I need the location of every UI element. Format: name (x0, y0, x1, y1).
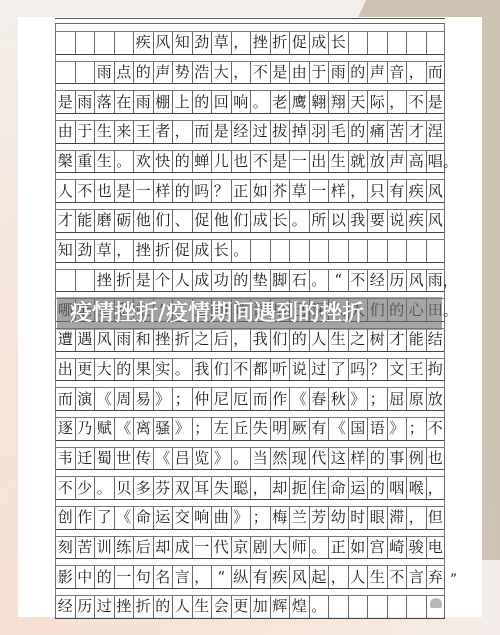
grid-cells: 槃重生。欢快的蝉儿也不是一出生就放声高唱 (55, 151, 445, 174)
grid-cell: ， (426, 477, 446, 499)
grid-cell: 训 (94, 537, 114, 559)
grid-cell: 欢 (133, 151, 153, 173)
grid-cell: 句 (133, 566, 153, 588)
grid-cell: 骏 (406, 537, 426, 559)
grid-cell: 芳 (309, 507, 329, 529)
grid-cell: 而 (250, 388, 270, 410)
grid-cell: 丘 (231, 418, 251, 440)
grid-cell: 不 (348, 270, 368, 292)
grid-cell: 才 (55, 210, 75, 232)
grid-cell: 芥 (270, 180, 290, 202)
grid-cell: 易 (133, 388, 153, 410)
grid-cell: 蝉 (192, 151, 212, 173)
grid-cell (426, 240, 446, 262)
grid-cell: 。 (94, 477, 114, 499)
grid-cell (387, 32, 407, 54)
grid-cell: 生 (328, 151, 348, 173)
grid-cell: 咽 (387, 477, 407, 499)
essay-line: 人不也是一样的吗？正如芥草一样，只有疾风 (55, 172, 445, 202)
grid-cell (406, 32, 426, 54)
grid-cell: 中 (75, 566, 95, 588)
grid-cell: 的 (367, 448, 387, 470)
grid-cell: 苦 (75, 537, 95, 559)
grid-cells: 知劲草，挫折促成长。 (55, 240, 445, 263)
grid-cell: 乃 (75, 418, 95, 440)
grid-cell: 势 (172, 62, 192, 84)
grid-cell: 要 (367, 210, 387, 232)
grid-cells: 逐乃赋《离骚》；左丘失明厥有《国语》；不 (55, 418, 445, 441)
grid-cell: 一 (309, 180, 329, 202)
grid-cell: 剧 (250, 537, 270, 559)
grid-cell: 不 (75, 180, 95, 202)
grid-cell: 雨 (114, 329, 134, 351)
grid-cell (250, 240, 270, 262)
grid-cell: 不 (387, 566, 407, 588)
grid-cell (75, 62, 95, 84)
grid-cell: 来 (114, 121, 134, 143)
grid-cell: 吕 (172, 448, 192, 470)
grid-cell: 生 (192, 596, 212, 618)
grid-cell (55, 62, 75, 84)
grid-cell: 兰 (289, 507, 309, 529)
grid-cell: 屈 (387, 388, 407, 410)
line-spacer (55, 54, 445, 62)
grid-cell: 更 (75, 359, 95, 381)
line-spacer (55, 262, 445, 270)
grid-cell: 有 (250, 566, 270, 588)
grid-cell: 生 (367, 566, 387, 588)
grid-cell: 成 (192, 240, 212, 262)
grid-cell: 赋 (94, 418, 114, 440)
grid-cell: 回 (211, 91, 231, 113)
grid-cell: 所 (309, 210, 329, 232)
grid-cell: 草 (289, 180, 309, 202)
grid-cell: 以 (328, 210, 348, 232)
grid-cell: 双 (172, 477, 192, 499)
grid-cell: 现 (289, 448, 309, 470)
grid-cell: 们 (231, 210, 251, 232)
grid-cell: 的 (114, 359, 134, 381)
line-spacer (55, 232, 445, 240)
grid-cell: 后 (133, 537, 153, 559)
grid-cell (348, 32, 368, 54)
grid-cell: 重 (75, 151, 95, 173)
grid-cell: 人 (172, 596, 192, 618)
grid-cell: 是 (426, 91, 446, 113)
margin-punctuation: ， (443, 271, 457, 291)
grid-cell: 人 (309, 329, 329, 351)
grid-cell: 演 (75, 388, 95, 410)
essay-line: 创作了《命运交响曲》；梅兰芳幼时眼滞，但 (55, 499, 445, 529)
grid-cell: 是 (133, 270, 153, 292)
grid-cell: 了 (328, 359, 348, 381)
grid-cell: 快 (153, 151, 173, 173)
grid-cell: 个 (153, 270, 173, 292)
grid-cell: 声 (367, 62, 387, 84)
grid-cell: 果 (133, 359, 153, 381)
grid-cell: 会 (211, 596, 231, 618)
grid-cell: 也 (94, 180, 114, 202)
grid-cell: 》 (348, 388, 368, 410)
grid-cell: 折 (153, 240, 173, 262)
grid-cell: 涅 (426, 121, 446, 143)
line-spacer (55, 410, 445, 418)
grid-cells: 创作了《命运交响曲》；梅兰芳幼时眼滞，但 (55, 507, 445, 530)
grid-cell: 苦 (387, 121, 407, 143)
line-spacer (55, 588, 445, 596)
essay-line: 由于生来王者，而是经过拔掉羽毛的痛苦才涅 (55, 113, 445, 143)
essay-line: 不少。贝多芬双耳失聪，却扼住命运的咽喉， (55, 469, 445, 499)
grid-cell: 是 (270, 62, 290, 84)
grid-cell (309, 240, 329, 262)
grid-cell: 历 (75, 596, 95, 618)
essay-line: 刻苦训练后却成一代京剧大师。正如宫崎骏电 (55, 529, 445, 559)
grid-cell: 大 (211, 62, 231, 84)
grid-cell: 不 (250, 151, 270, 173)
grid-cell: 传 (133, 448, 153, 470)
grid-cell: 的 (289, 329, 309, 351)
line-spacer (55, 558, 445, 566)
grid-cell: 上 (172, 91, 192, 113)
grid-cell: 王 (406, 359, 426, 381)
grid-cell: 才 (387, 329, 407, 351)
grid-cell: 生 (328, 329, 348, 351)
grid-cell: 劲 (75, 240, 95, 262)
grid-cell: 王 (133, 121, 153, 143)
overlay-title: 疫情挫折/疫情期间遇到的挫折 (70, 297, 364, 330)
grid-cell: “ (328, 270, 348, 292)
grid-cell (94, 32, 114, 54)
line-spacer (55, 351, 445, 359)
grid-cell: 落 (94, 91, 114, 113)
grid-cell: 事 (387, 448, 407, 470)
grid-cell: 高 (406, 151, 426, 173)
grid-cell: 风 (153, 32, 173, 54)
grid-cell: ， (328, 566, 348, 588)
grid-cell: 雨 (328, 62, 348, 84)
grid-cell: 》 (172, 418, 192, 440)
grid-cell: 然 (270, 448, 290, 470)
grid-cell: 影 (55, 566, 75, 588)
grid-cell: 说 (387, 210, 407, 232)
grid-cell: 吗 (192, 180, 212, 202)
grid-cell: 雨 (94, 62, 114, 84)
grid-cell: ； (406, 418, 426, 440)
grid-cell: ； (367, 388, 387, 410)
grid-cell: 电 (426, 537, 446, 559)
grid-cell: 言 (406, 566, 426, 588)
grid-cell: ， (231, 329, 251, 351)
grid-cell (289, 240, 309, 262)
grid-cell: 的 (367, 477, 387, 499)
grid-cell: 当 (250, 448, 270, 470)
grid-cell: 春 (309, 388, 329, 410)
grid-cell: ， (231, 62, 251, 84)
grid-cell: 不 (231, 359, 251, 381)
grid-cell: 命 (133, 507, 153, 529)
grid-cell: 耳 (192, 477, 212, 499)
grid-cell: 作 (75, 507, 95, 529)
grid-cell (55, 32, 75, 54)
grid-cell: 成 (250, 210, 270, 232)
grid-cell: 槃 (55, 151, 75, 173)
grid-cell: 疾 (133, 32, 153, 54)
grid-cell: 实 (153, 359, 173, 381)
grid-cell: ？ (367, 359, 387, 381)
grid-cell: 吗 (348, 359, 368, 381)
grid-cell: 离 (133, 418, 153, 440)
watermark-icon (430, 598, 442, 608)
grid-cell: 的 (348, 62, 368, 84)
grid-cell: 。 (172, 359, 192, 381)
grid-cells: 挫折是个人成功的垫脚石。“不经历风雨 (55, 270, 445, 293)
grid-cell: 我 (192, 359, 212, 381)
grid-cell: ， (231, 32, 251, 54)
grid-cell: 创 (55, 507, 75, 529)
grid-cell: 了 (94, 507, 114, 529)
grid-cell: 左 (211, 418, 231, 440)
grid-cell: 由 (55, 121, 75, 143)
grid-cell: 长 (328, 32, 348, 54)
grid-cell (328, 596, 348, 618)
grid-cell: 翔 (328, 91, 348, 113)
grid-cell: 》 (387, 418, 407, 440)
grid-cell: 失 (211, 477, 231, 499)
grid-cell: 生 (94, 121, 114, 143)
grid-cell: 掉 (289, 121, 309, 143)
grid-cell: 遭 (55, 329, 75, 351)
grid-cell: 出 (55, 359, 75, 381)
grid-cell: 刻 (55, 537, 75, 559)
grid-cell: 挫 (114, 596, 134, 618)
grid-cell: 骚 (153, 418, 173, 440)
grid-cell: 他 (211, 210, 231, 232)
grid-cell: 代 (211, 537, 231, 559)
grid-cell: 成 (192, 270, 212, 292)
grid-cell: 眼 (367, 507, 387, 529)
grid-cell: 尼 (211, 388, 231, 410)
grid-cell: 成 (309, 32, 329, 54)
grid-cell: 作 (270, 388, 290, 410)
grid-cell: 知 (55, 240, 75, 262)
grid-cell: 石 (289, 270, 309, 292)
grid-cells: 雨点的声势浩大，不是由于雨的声音，而 (55, 62, 445, 85)
grid-cell: 遇 (75, 329, 95, 351)
grid-cell: 经 (367, 270, 387, 292)
grid-cell: 更 (231, 596, 251, 618)
grid-cell: 的 (192, 91, 212, 113)
grid-cell: 弃 (426, 566, 446, 588)
grid-cell: 折 (133, 596, 153, 618)
grid-cell: 们 (211, 359, 231, 381)
grid-cell: 折 (114, 270, 134, 292)
grid-cells: 遭遇风雨和挫折之后，我们的人生之树才能结 (55, 329, 445, 352)
grid-cell: ， (192, 566, 212, 588)
grid-cell: 劲 (192, 32, 212, 54)
grid-cell: 加 (250, 596, 270, 618)
grid-cell: 运 (153, 507, 173, 529)
grid-cell: 。 (289, 210, 309, 232)
grid-cell: 者 (153, 121, 173, 143)
grid-cell: 师 (289, 537, 309, 559)
essay-line: 韦迁蜀世传《吕览》。当然现代这样的事例也 (55, 440, 445, 470)
grid-cell: ？ (211, 180, 231, 202)
grid-cell: ， (348, 180, 368, 202)
grid-cell: 响 (192, 507, 212, 529)
grid-cell: 周 (114, 388, 134, 410)
grid-cell: 促 (192, 210, 212, 232)
grid-cell: 》 (231, 507, 251, 529)
grid-cell (270, 240, 290, 262)
grid-cell: 一 (114, 566, 134, 588)
grid-cell: 》 (211, 448, 231, 470)
grid-cell: 运 (348, 477, 368, 499)
grid-cell: 一 (289, 151, 309, 173)
grid-cell (406, 240, 426, 262)
grid-cell: 过 (94, 596, 114, 618)
grid-cell: 厥 (289, 418, 309, 440)
grid-cell: 多 (133, 477, 153, 499)
grid-cell: 。 (309, 270, 329, 292)
grid-cell: ， (387, 91, 407, 113)
grid-cell: 和 (133, 329, 153, 351)
grid-cell: 是 (55, 91, 75, 113)
grid-cell: 草 (211, 32, 231, 54)
grid-cell: 挫 (94, 270, 114, 292)
grid-cell: 世 (114, 448, 134, 470)
grid-cell: 、 (172, 210, 192, 232)
grid-cell: 疾 (406, 210, 426, 232)
grid-cell: 挫 (153, 329, 173, 351)
grid-cell: 疾 (406, 180, 426, 202)
essay-line: 知劲草，挫折促成长。 (55, 232, 445, 262)
grid-cell: 言 (172, 566, 192, 588)
grid-cell: 经 (231, 121, 251, 143)
line-spacer (55, 499, 445, 507)
grid-cell: 梅 (270, 507, 290, 529)
grid-cell: 风 (426, 210, 446, 232)
grid-cell: 一 (192, 537, 212, 559)
grid-cell: 国 (348, 418, 368, 440)
grid-cell: 们 (153, 210, 173, 232)
grid-cell: 我 (348, 210, 368, 232)
grid-cell: 后 (211, 329, 231, 351)
grid-cell: 天 (348, 91, 368, 113)
grid-cell: 生 (94, 151, 114, 173)
grid-cell: 《 (328, 418, 348, 440)
grid-cell: 风 (94, 329, 114, 351)
grid-cell: 他 (133, 210, 153, 232)
grid-cell: 都 (250, 359, 270, 381)
line-spacer (55, 202, 445, 210)
grid-cell: 风 (406, 270, 426, 292)
grid-cell: 之 (348, 329, 368, 351)
grid-cell: 的 (172, 151, 192, 173)
grid-cell: ， (172, 121, 192, 143)
grid-cell: 说 (289, 359, 309, 381)
grid-cell: 明 (270, 418, 290, 440)
grid-cell: 辉 (270, 596, 290, 618)
line-spacer (55, 24, 445, 32)
essay-line: 是雨落在雨棚上的回响。老鹰翱翔天际，不是 (55, 83, 445, 113)
line-spacer (55, 469, 445, 477)
grid-cell: 而 (192, 121, 212, 143)
essay-title-row: 疾风知劲草，挫折促成长 (55, 24, 445, 54)
grid-cell: 厄 (231, 388, 251, 410)
grid-cell: 垫 (250, 270, 270, 292)
grid-cell: 放 (367, 151, 387, 173)
grid-cell: “ (211, 566, 231, 588)
grid-cells: 经历过挫折的人生会更加辉煌。 (55, 596, 445, 619)
grid-cell: 煌 (289, 596, 309, 618)
grid-cells: 由于生来王者，而是经过拔掉羽毛的痛苦才涅 (55, 121, 445, 144)
essay-line: 才能磨砺他们、促他们成长。所以我要说疾风 (55, 202, 445, 232)
grid-cell: 住 (309, 477, 329, 499)
grid-cell: 磨 (94, 210, 114, 232)
grid-cell: 挫 (133, 240, 153, 262)
grid-cell: 痛 (367, 121, 387, 143)
grid-cell (406, 596, 426, 618)
grid-cell: 一 (133, 180, 153, 202)
grid-cell: 。 (231, 240, 251, 262)
grid-cell: 折 (172, 329, 192, 351)
grid-cell: 宫 (367, 537, 387, 559)
grid-cell: 时 (348, 507, 368, 529)
grid-cell: 能 (406, 329, 426, 351)
grid-cell: 大 (270, 537, 290, 559)
grid-cell: 功 (211, 270, 231, 292)
grid-cell: 疾 (270, 566, 290, 588)
grid-cell: 而 (426, 62, 446, 84)
grid-cell: 拘 (426, 359, 446, 381)
grid-cell: 也 (231, 151, 251, 173)
grid-cell: 样 (153, 180, 173, 202)
grid-cell: 曲 (211, 507, 231, 529)
grid-cell: 仲 (192, 388, 212, 410)
grid-cell: 于 (309, 62, 329, 84)
grid-cell: 《 (114, 507, 134, 529)
margin-punctuation: ” (450, 572, 457, 588)
grid-cells: 不少。贝多芬双耳失聪，却扼住命运的咽喉， (55, 477, 445, 500)
grid-cell: 人 (348, 566, 368, 588)
grid-cell: 迁 (75, 448, 95, 470)
essay-line: 经历过挫折的人生会更加辉煌。 (55, 588, 445, 618)
grid-cell: 之 (192, 329, 212, 351)
grid-cell: 雨 (133, 91, 153, 113)
grid-cell: ， (406, 62, 426, 84)
grid-cell: 练 (114, 537, 134, 559)
grid-cell: 。 (231, 448, 251, 470)
grid-cell: 失 (250, 418, 270, 440)
grid-cell: 滞 (387, 507, 407, 529)
grid-cell: 是 (270, 151, 290, 173)
grid-cell: 历 (387, 270, 407, 292)
grid-cell: 崎 (387, 537, 407, 559)
grid-cell: 少 (75, 477, 95, 499)
grid-cells: 是雨落在雨棚上的回响。老鹰翱翔天际，不是 (55, 91, 445, 114)
grid-cell: 点 (114, 62, 134, 84)
grid-cell (367, 32, 387, 54)
grid-cell: 文 (387, 359, 407, 381)
grid-cell: 响 (231, 91, 251, 113)
grid-cell (348, 240, 368, 262)
grid-cell (348, 596, 368, 618)
grid-cell: 人 (172, 270, 192, 292)
grid-cell: 不 (426, 418, 446, 440)
grid-cell: 扼 (289, 477, 309, 499)
grid-cells: 出更大的果实。我们不都听说过了吗？文王拘 (55, 359, 445, 382)
grid-cell: 。 (309, 537, 329, 559)
